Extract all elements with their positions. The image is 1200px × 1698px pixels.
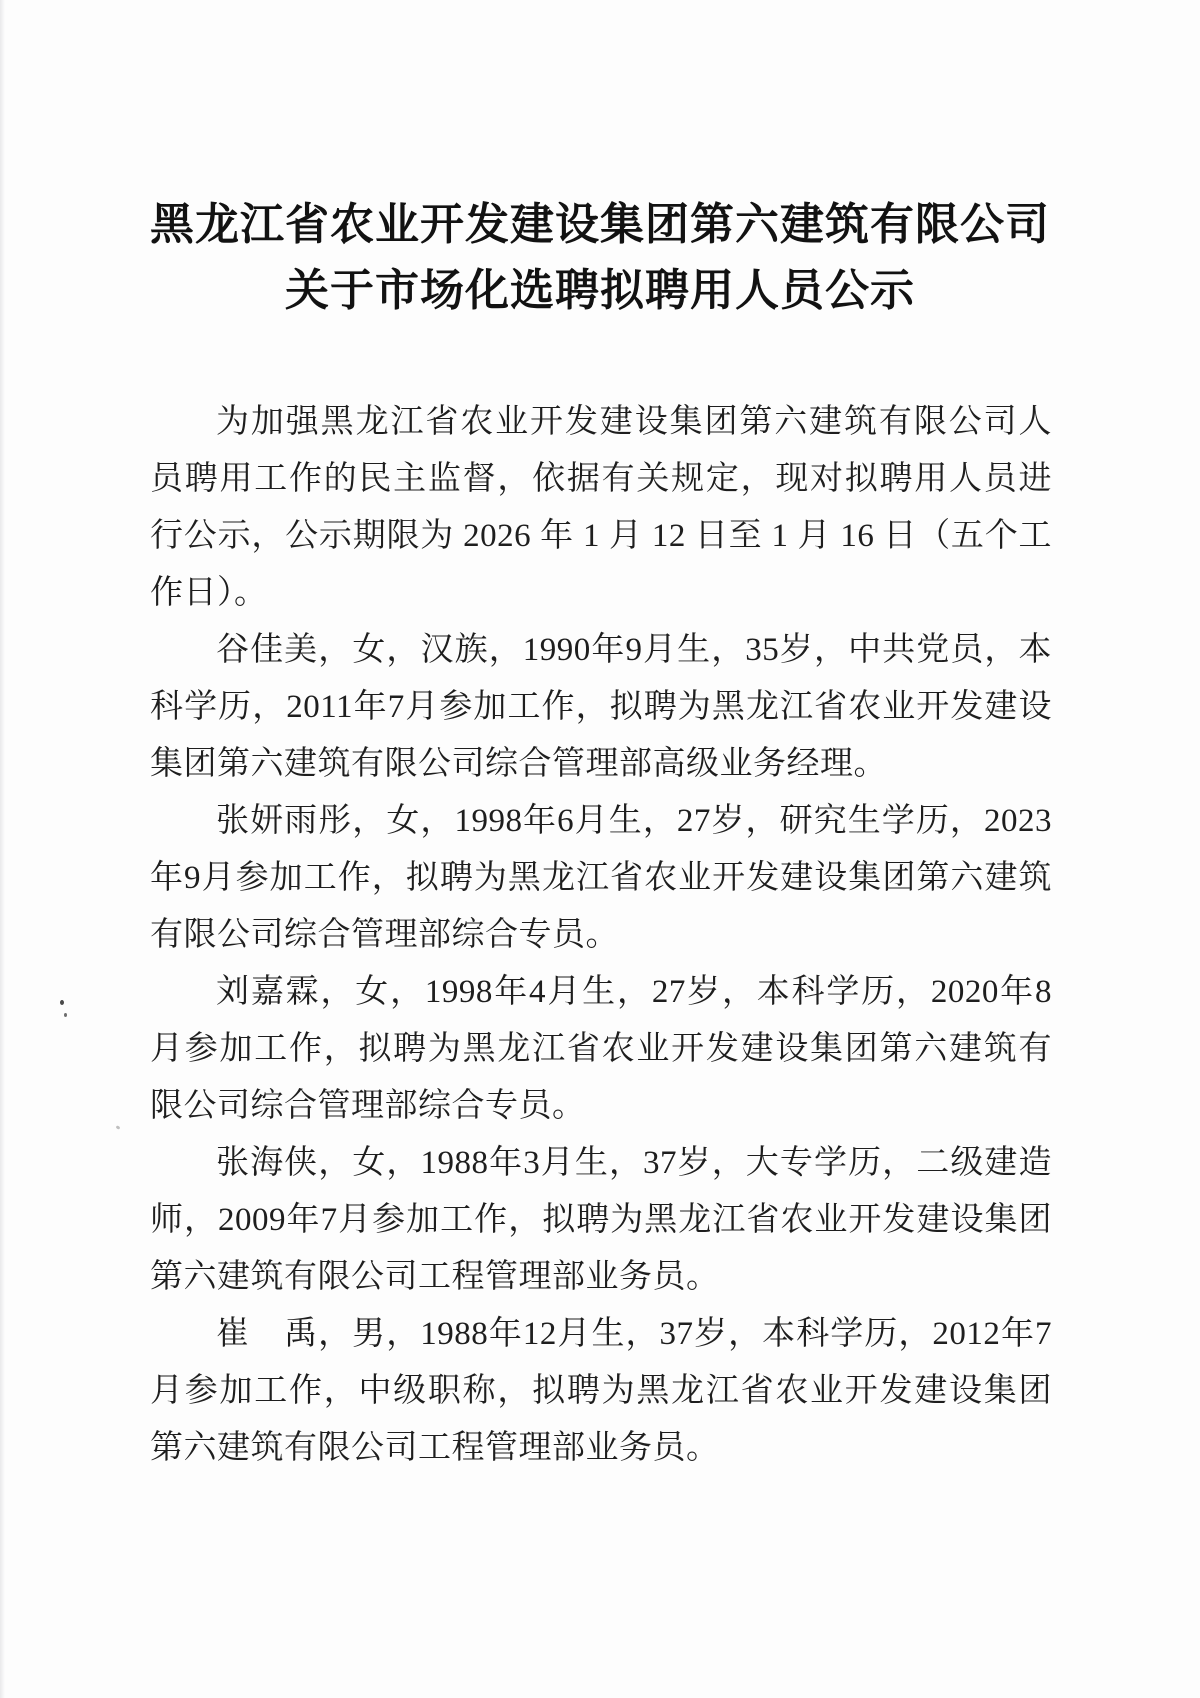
scan-artifact-dot xyxy=(64,1013,67,1017)
document-page: 黑龙江省农业开发建设集团第六建筑有限公司 关于市场化选聘拟聘用人员公示 为加强黑… xyxy=(0,0,1200,1698)
paragraph-candidate-cui-yu: 崔 禹，男，1988年12月生，37岁，本科学历，2012年7月参加工作，中级职… xyxy=(150,1306,1052,1477)
paragraph-candidate-zhang-haixia: 张海侠，女，1988年3月生，37岁，大专学历，二级建造师，2009年7月参加工… xyxy=(150,1135,1052,1306)
paragraph-notice-intro: 为加强黑龙江省农业开发建设集团第六建筑有限公司人员聘用工作的民主监督，依据有关规… xyxy=(150,394,1052,622)
scan-artifact-dot xyxy=(116,1125,121,1130)
scan-page-edge xyxy=(0,0,5,1698)
scan-artifact-dot xyxy=(60,1000,64,1005)
paragraph-candidate-zhang-yanyutong: 张妍雨彤，女，1998年6月生，27岁，研究生学历，2023年9月参加工作，拟聘… xyxy=(150,793,1052,964)
title-line-1: 黑龙江省农业开发建设集团第六建筑有限公司 xyxy=(0,192,1200,258)
document-title: 黑龙江省农业开发建设集团第六建筑有限公司 关于市场化选聘拟聘用人员公示 xyxy=(0,0,1200,324)
title-line-2: 关于市场化选聘拟聘用人员公示 xyxy=(0,258,1200,324)
document-body: 为加强黑龙江省农业开发建设集团第六建筑有限公司人员聘用工作的民主监督，依据有关规… xyxy=(150,394,1052,1477)
paragraph-candidate-liu-jialin: 刘嘉霖，女，1998年4月生，27岁，本科学历，2020年8月参加工作，拟聘为黑… xyxy=(150,964,1052,1135)
paragraph-candidate-gu-jiamei: 谷佳美，女，汉族，1990年9月生，35岁，中共党员，本科学历，2011年7月参… xyxy=(150,622,1052,793)
